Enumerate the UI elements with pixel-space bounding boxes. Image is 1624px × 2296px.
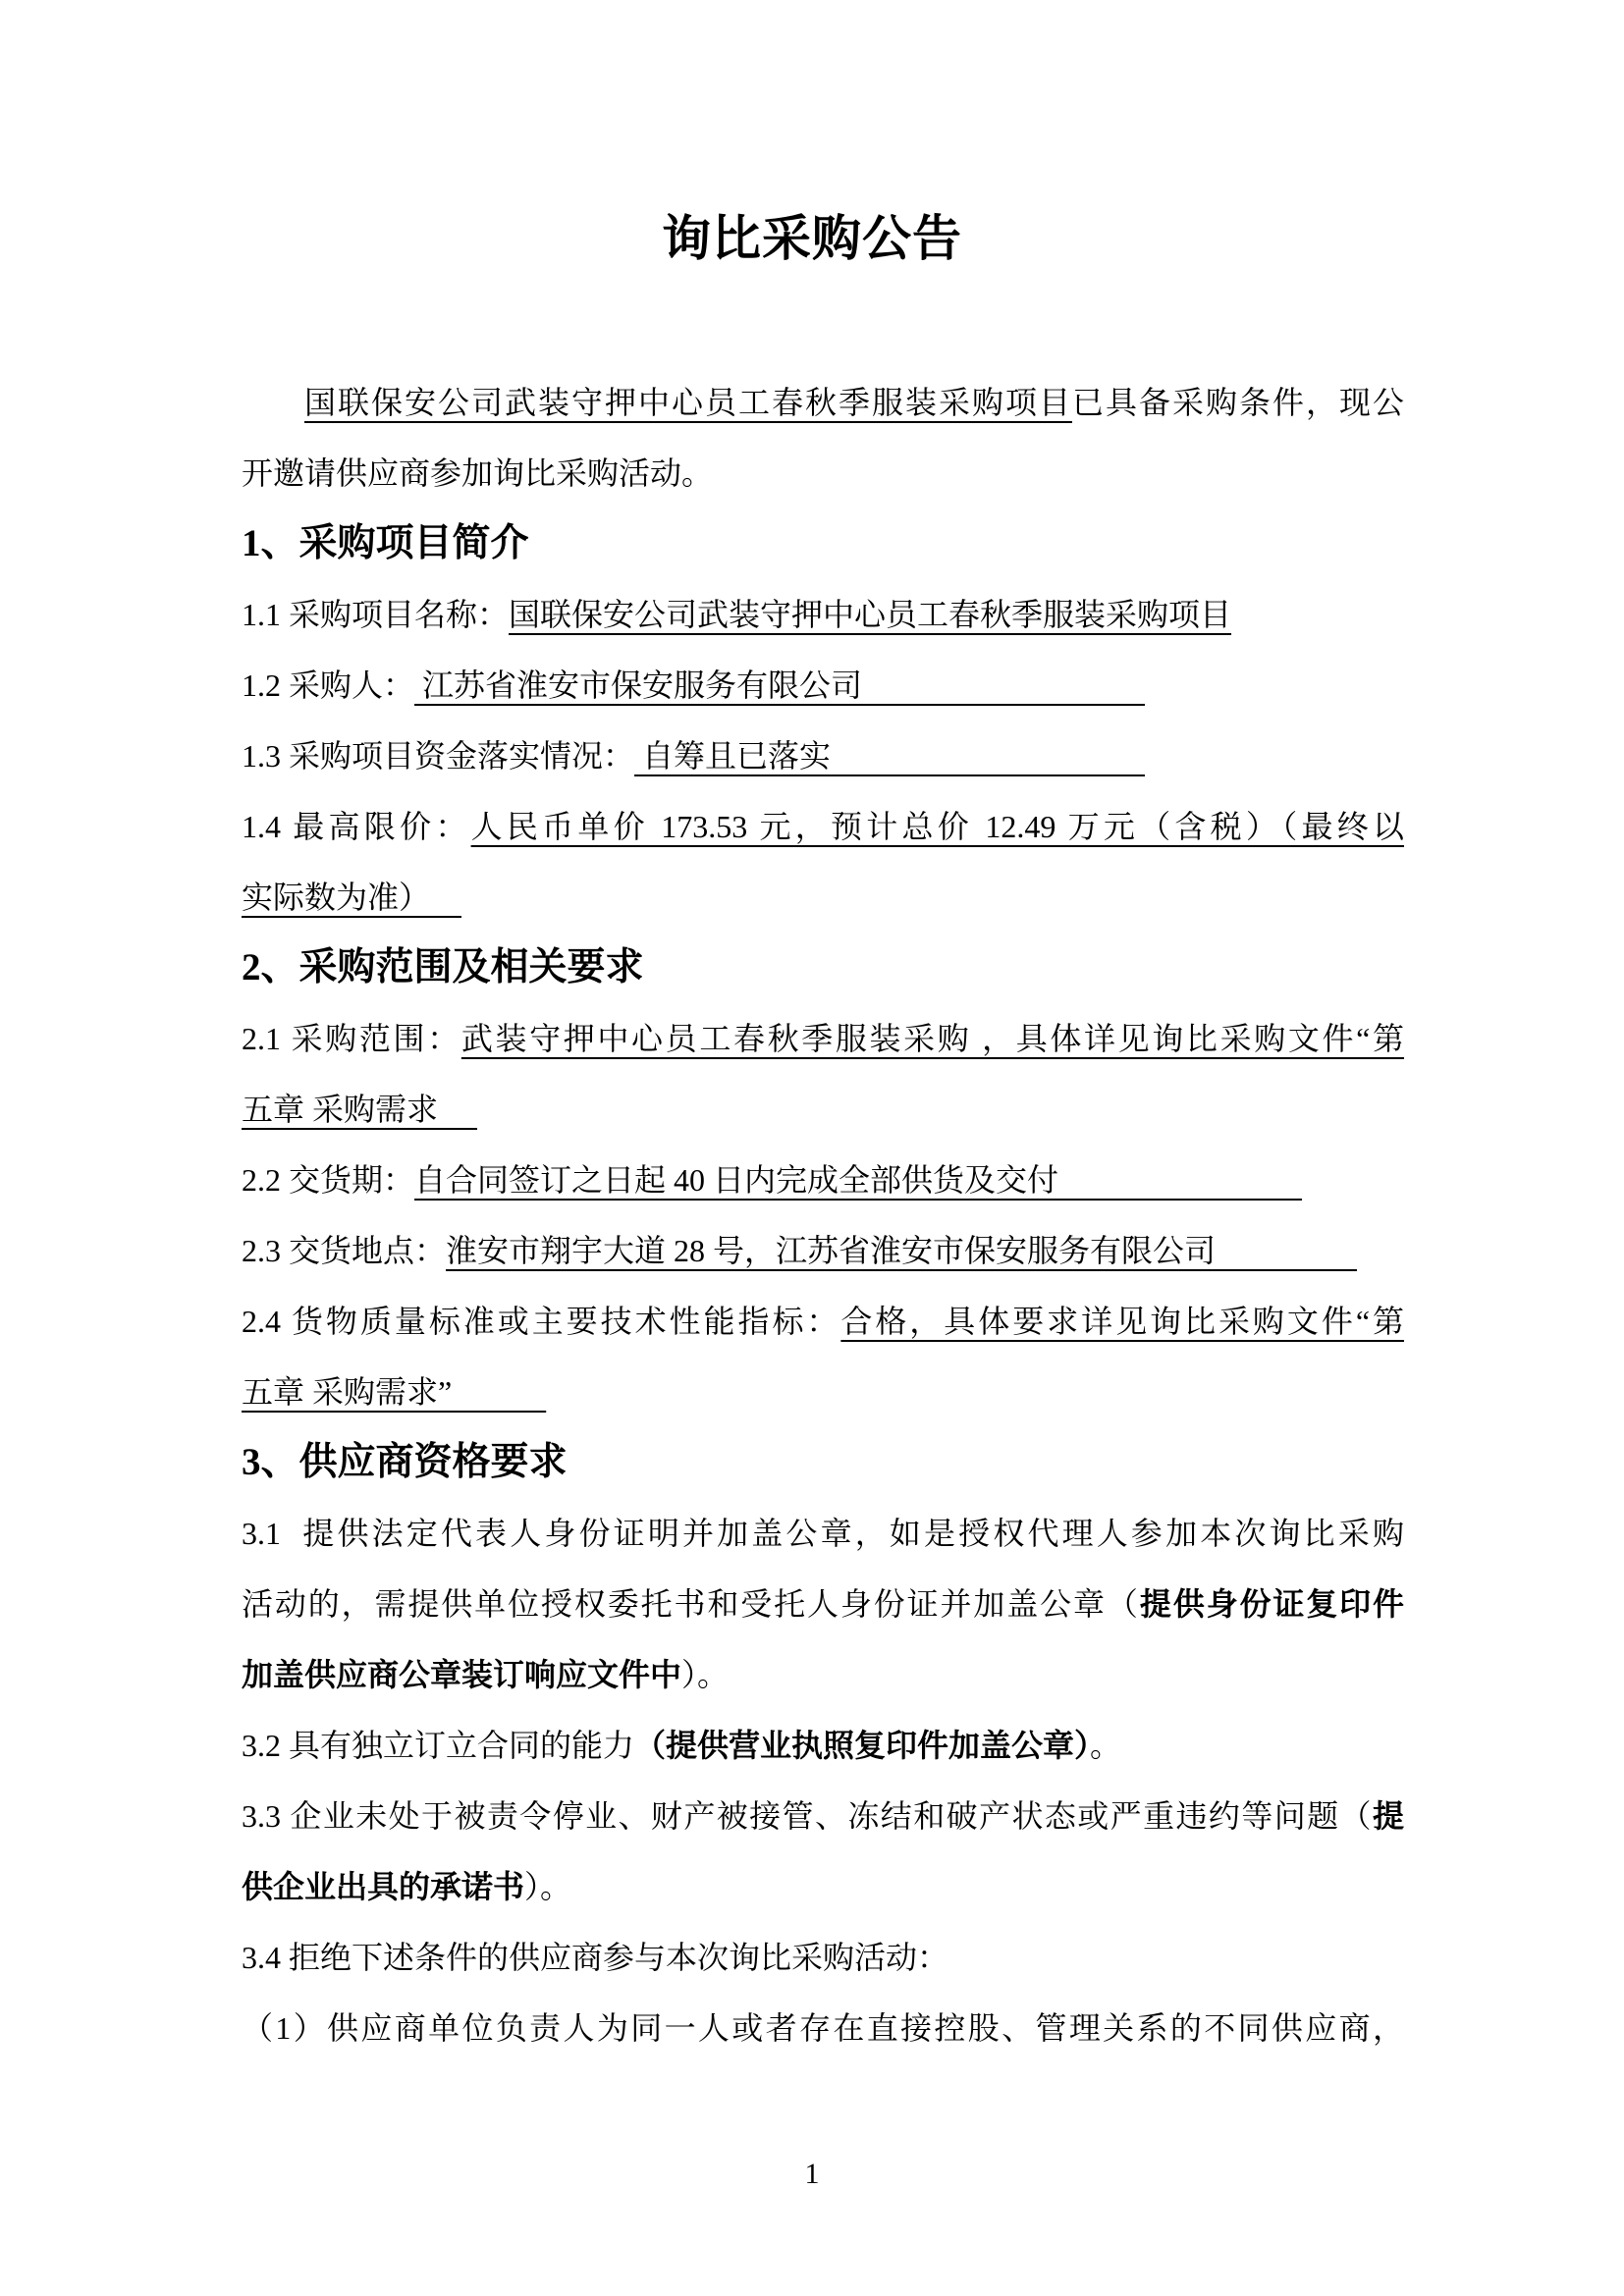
document-line: （1）供应商单位负责人为同一人或者存在直接控股、管理关系的不同供应商，	[242, 1993, 1404, 2063]
document-line: 五章 采购需求”	[242, 1357, 1404, 1427]
text-segment: 。	[1090, 1728, 1121, 1763]
text-segment: ）。	[681, 1657, 729, 1692]
text-segment: （提供营业执照复印件加盖公章）	[634, 1728, 1090, 1763]
text-segment: 活动的，需提供单位授权委托书和受托人身份证并加盖公章（	[242, 1586, 1140, 1622]
text-segment: 1.2 采购人：	[242, 667, 414, 703]
document-title: 询比采购公告	[0, 199, 1624, 270]
document-line: 2.1 采购范围：武装守押中心员工春秋季服装采购 ，具体详见询比采购文件“第	[242, 1003, 1404, 1074]
document-line: 加盖供应商公章装订响应文件中）。	[242, 1639, 1404, 1710]
text-segment: 供企业出具的承诺书	[242, 1869, 524, 1904]
document-line: 2.3 交货地点：淮安市翔宇大道 28 号，江苏省淮安市保安服务有限公司	[242, 1215, 1404, 1286]
document-line: 1.4 最高限价：人民币单价 173.53 元，预计总价 12.49 万元（含税…	[242, 791, 1404, 862]
text-segment: 3.2 具有独立订立合同的能力	[242, 1728, 634, 1763]
text-segment: 实际数为准）	[242, 880, 461, 915]
text-segment: 国联保安公司武装守押中心员工春秋季服装采购项目	[304, 385, 1072, 420]
text-segment: 3.3 企业未处于被责令停业、财产被接管、冻结和破产状态或严重违约等问题（	[242, 1798, 1373, 1834]
text-segment: 自合同签订之日起 40 日内完成全部供货及交付	[414, 1162, 1302, 1198]
text-segment: 武装守押中心员工春秋季服装采购 ，具体详见询比采购文件“第	[461, 1021, 1404, 1056]
document-line: 3.4 拒绝下述条件的供应商参与本次询比采购活动：	[242, 1922, 1404, 1993]
text-segment: 人民币单价 173.53 元，预计总价 12.49 万元（含税）（最终以	[471, 809, 1404, 844]
document-line: 3.2 具有独立订立合同的能力（提供营业执照复印件加盖公章）。	[242, 1710, 1404, 1781]
text-segment: 提	[1373, 1798, 1404, 1834]
text-segment: 提供身份证复印件	[1140, 1586, 1404, 1622]
text-segment: 已具备采购条件，现公	[1072, 385, 1404, 420]
document-line: 五章 采购需求	[242, 1074, 1404, 1145]
document-line: 3.3 企业未处于被责令停业、财产被接管、冻结和破产状态或严重违约等问题（提	[242, 1781, 1404, 1851]
document-line: 3.1 提供法定代表人身份证明并加盖公章，如是授权代理人参加本次询比采购	[242, 1498, 1404, 1569]
document-line: 活动的，需提供单位授权委托书和受托人身份证并加盖公章（提供身份证复印件	[242, 1569, 1404, 1639]
text-segment: 五章 采购需求”	[242, 1374, 546, 1410]
text-segment: 1.4 最高限价：	[242, 809, 471, 844]
text-segment: 3、供应商资格要求	[242, 1441, 568, 1483]
text-segment: 江苏省淮安市保安服务有限公司	[414, 667, 1145, 703]
text-segment: ）。	[524, 1869, 571, 1904]
text-segment: 1.3 采购项目资金落实情况：	[242, 738, 634, 774]
document-line: 2.2 交货期：自合同签订之日起 40 日内完成全部供货及交付	[242, 1145, 1404, 1215]
text-segment: 合格，具体要求详见询比采购文件“第	[840, 1304, 1404, 1339]
text-segment: 3.1 提供法定代表人身份证明并加盖公章，如是授权代理人参加本次询比采购	[242, 1516, 1404, 1551]
section-heading: 2、采购范围及相关要求	[242, 933, 1404, 1003]
page-number: 1	[0, 2158, 1624, 2191]
text-segment: 2、采购范围及相关要求	[242, 946, 644, 988]
text-segment: 自筹且已落实	[634, 738, 1145, 774]
text-segment: 淮安市翔宇大道 28 号，江苏省淮安市保安服务有限公司	[446, 1233, 1357, 1268]
document-line: 1.2 采购人： 江苏省淮安市保安服务有限公司	[242, 650, 1404, 721]
document-line: 实际数为准）	[242, 862, 1404, 933]
document-line: 1.3 采购项目资金落实情况： 自筹且已落实	[242, 721, 1404, 791]
text-segment: 加盖供应商公章装订响应文件中	[242, 1657, 681, 1692]
section-heading: 1、采购项目简介	[242, 508, 1404, 579]
text-segment: 国联保安公司武装守押中心员工春秋季服装采购项目	[509, 597, 1231, 632]
text-segment: 1.1 采购项目名称：	[242, 597, 509, 632]
text-segment: 3.4 拒绝下述条件的供应商参与本次询比采购活动：	[242, 1940, 948, 1975]
document-line: 1.1 采购项目名称：国联保安公司武装守押中心员工春秋季服装采购项目	[242, 579, 1404, 650]
section-heading: 3、供应商资格要求	[242, 1427, 1404, 1498]
document-line: 开邀请供应商参加询比采购活动。	[242, 438, 1404, 508]
document-page: 询比采购公告 国联保安公司武装守押中心员工春秋季服装采购项目已具备采购条件，现公…	[0, 0, 1624, 2296]
text-segment: 开邀请供应商参加询比采购活动。	[242, 455, 713, 491]
text-segment: 2.3 交货地点：	[242, 1233, 446, 1268]
text-segment: 2.2 交货期：	[242, 1162, 414, 1198]
document-line: 2.4 货物质量标准或主要技术性能指标：合格，具体要求详见询比采购文件“第	[242, 1286, 1404, 1357]
text-segment: 1、采购项目简介	[242, 522, 529, 564]
text-segment: 2.1 采购范围：	[242, 1021, 461, 1056]
text-segment: 2.4 货物质量标准或主要技术性能指标：	[242, 1304, 840, 1339]
document-line: 国联保安公司武装守押中心员工春秋季服装采购项目已具备采购条件，现公	[242, 367, 1404, 438]
document-line: 供企业出具的承诺书）。	[242, 1851, 1404, 1922]
text-segment: （1）供应商单位负责人为同一人或者存在直接控股、管理关系的不同供应商，	[242, 2010, 1404, 2046]
text-segment: 五章 采购需求	[242, 1092, 477, 1127]
